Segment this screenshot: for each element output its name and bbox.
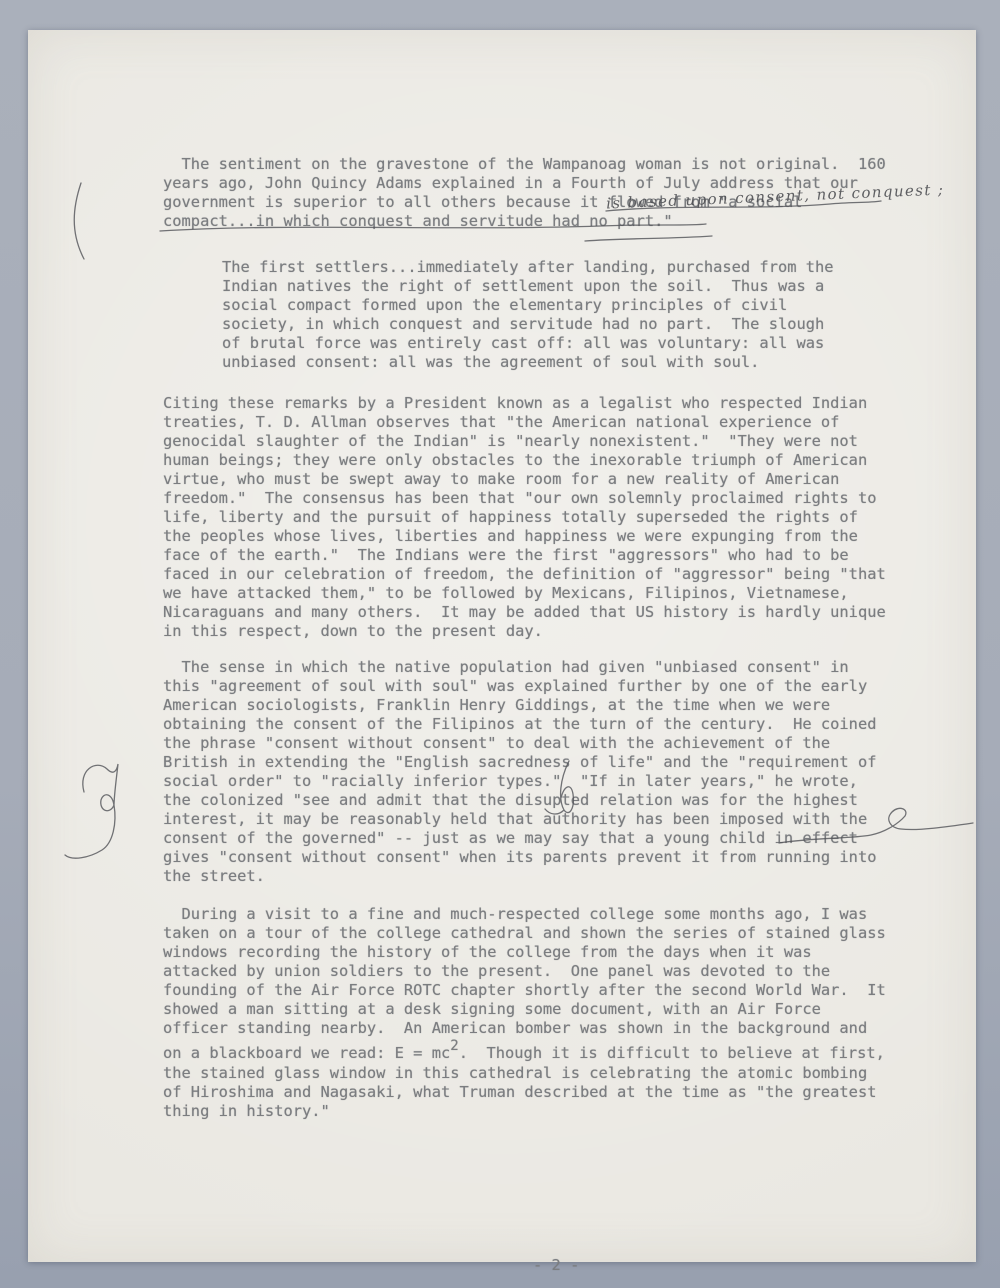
- equation-text-post: . Though it is difficult to believe at f…: [459, 1044, 885, 1062]
- typed-paragraph-consent: The sense in which the native population…: [163, 658, 876, 886]
- typed-equation-line: on a blackboard we read: E = mc2. Though…: [163, 1044, 885, 1064]
- equation-superscript: 2: [450, 1038, 458, 1054]
- block-quote-adams: The first settlers...immediately after l…: [222, 258, 834, 372]
- typed-paragraph-college-end: the stained glass window in this cathedr…: [163, 1064, 876, 1121]
- scanned-page-canvas: The sentiment on the gravestone of the W…: [0, 0, 1000, 1288]
- typed-paragraph-citing: Citing these remarks by a President know…: [163, 394, 886, 641]
- equation-text-pre: on a blackboard we read: E = mc: [163, 1044, 450, 1062]
- typed-paragraph-college: During a visit to a fine and much-respec…: [163, 905, 886, 1038]
- page-number: - 2 -: [533, 1256, 579, 1275]
- paper-sheet: The sentiment on the gravestone of the W…: [28, 30, 976, 1262]
